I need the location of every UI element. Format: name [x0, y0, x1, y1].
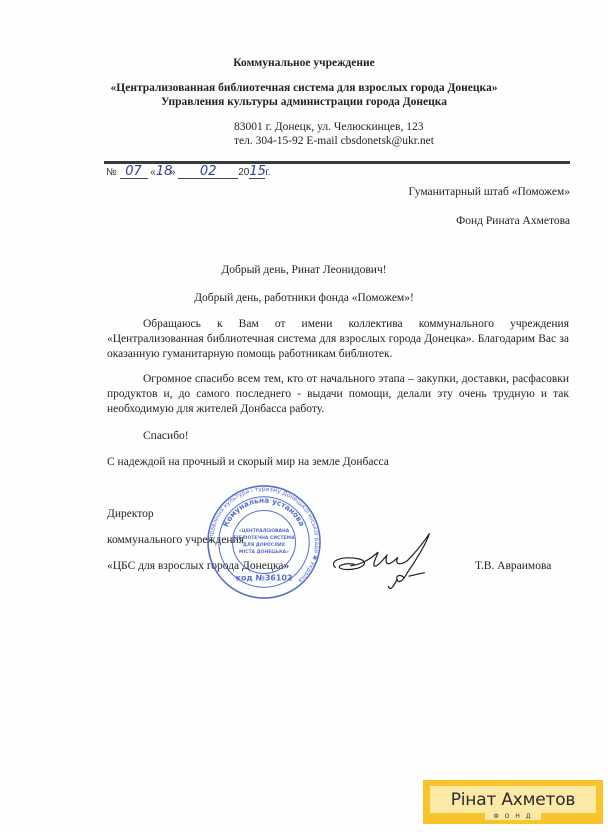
logo-title: Рінат Ахметов: [429, 785, 597, 814]
greeting-2: Добрый день, работники фонда «Поможем»!: [0, 291, 608, 306]
signatory-name: Т.В. Авраимова: [475, 559, 551, 574]
official-stamp-icon: Управління культури і туризму Донецької …: [205, 483, 323, 601]
ref-day: 18: [156, 165, 170, 178]
foundation-logo: Рінат Ахметов ФОНД: [423, 780, 603, 824]
year-end: г.: [265, 167, 270, 178]
recipient-1: Гуманитарный штаб «Поможем»: [409, 186, 570, 198]
recipient-2: Фонд Рината Ахметова: [456, 215, 570, 227]
svg-text:«ЦЕНТРАЛІЗОВАНА: «ЦЕНТРАЛІЗОВАНА: [239, 528, 290, 534]
logo-subtitle: ФОНД: [485, 813, 540, 820]
body-paragraph-1-text: Обращаюсь к Вам от имени коллектива комм…: [107, 318, 569, 360]
signatory-title-1: Директор: [107, 507, 154, 522]
org-name: «Централизованная библиотечная система д…: [0, 82, 608, 94]
thanks-line: Спасибо!: [107, 429, 569, 444]
address: 83001 г. Донецк, ул. Челюскинцев, 123: [234, 120, 423, 135]
closing-line: С надеждой на прочный и скорый мир на зе…: [107, 455, 569, 470]
ref-month: 02: [178, 165, 238, 179]
body-paragraph-2-text: Огромное спасибо всем тем, кто от началь…: [107, 373, 569, 415]
svg-text:МІСТА ДОНЕЦЬКА»: МІСТА ДОНЕЦЬКА»: [239, 549, 289, 555]
handwritten-signature-icon: [325, 525, 445, 605]
year-prefix: 20: [238, 167, 249, 178]
reference-line: № 07 «18» 022015г.: [106, 165, 271, 179]
logo-subtitle-wrap: ФОНД: [423, 813, 603, 820]
svg-text:ДЛЯ ДОРОСЛИХ: ДЛЯ ДОРОСЛИХ: [243, 542, 286, 548]
thanks-text: Спасибо!: [143, 430, 189, 442]
ref-number: 07: [120, 165, 148, 179]
svg-text:БІБЛІОТЕЧНА СИСТЕМА: БІБЛІОТЕЧНА СИСТЕМА: [233, 535, 295, 541]
number-label: №: [106, 167, 117, 178]
parent-org: Управления культуры администрации города…: [0, 96, 608, 108]
quote-close: »: [170, 167, 176, 178]
body-paragraph-2: Огромное спасибо всем тем, кто от началь…: [107, 372, 569, 417]
greeting-1: Добрый день, Ринат Леонидович!: [0, 263, 608, 278]
ref-year: 15: [249, 165, 265, 179]
svg-text:код №36102: код №36102: [236, 573, 293, 582]
body-paragraph-1: Обращаюсь к Вам от имени коллектива комм…: [107, 317, 569, 362]
contacts: тел. 304-15-92 E-mail cbsdonetsk@ukr.net: [234, 134, 434, 149]
header-divider: [104, 161, 570, 164]
org-type: Коммунальное учреждение: [0, 57, 608, 69]
